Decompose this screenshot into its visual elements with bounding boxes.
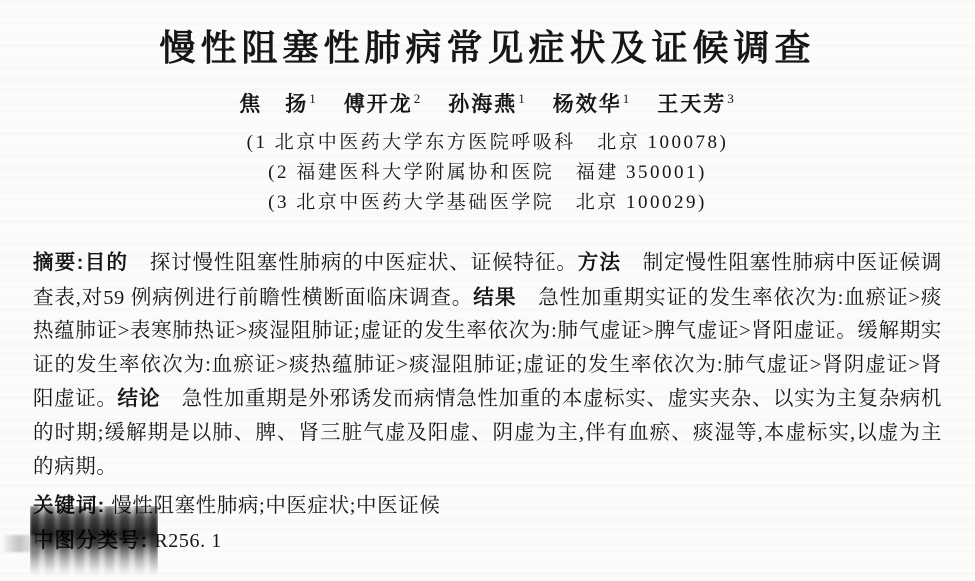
abstract-section-label: 摘要:目的 <box>33 251 128 274</box>
affiliation-line: (3 北京中医药大学基础医学院 北京 100029) <box>0 188 975 218</box>
keywords-label: 关键词: <box>33 494 105 517</box>
author-affiliation-marker: 3 <box>727 91 736 106</box>
author-name: 傅开龙2 <box>344 93 423 116</box>
abstract-section-label: 方法 <box>578 251 622 274</box>
abstract-paragraph: 摘要:目的 探讨慢性阻塞性肺病的中医症状、证候特征。方法 制定慢性阻塞性肺病中医… <box>33 246 942 484</box>
author-affiliation-marker: 1 <box>309 91 318 106</box>
abstract-section-label: 结果 <box>473 286 517 309</box>
abstract-text: 急性加重期是外邪诱发而病情急性加重的本虚标实、虚实夹杂、以实为主复杂病机的时期;… <box>33 388 942 477</box>
keywords-line: 关键词:慢性阻塞性肺病;中医症状;中医证候 <box>33 489 942 524</box>
author-name: 焦 扬1 <box>239 93 318 116</box>
author-affiliation-marker: 2 <box>414 91 423 106</box>
affiliation-line: (2 福建医科大学附属协和医院 福建 350001) <box>0 158 975 188</box>
abstract-section-label: 结论 <box>118 387 161 410</box>
clc-label: 中图分类号: <box>33 529 148 552</box>
author-name: 王天芳3 <box>657 93 736 116</box>
author-list: 焦 扬1傅开龙2孙海燕1杨效华1王天芳3 <box>0 88 975 118</box>
author-affiliation-marker: 1 <box>518 91 527 106</box>
keywords-value: 慢性阻塞性肺病;中医症状;中医证候 <box>111 495 440 517</box>
affiliation-line: (1 北京中医药大学东方医院呼吸科 北京 100078) <box>0 128 975 158</box>
clc-line: 中图分类号:R256. 1 <box>33 524 942 559</box>
paper-title: 慢性阻塞性肺病常见症状及证候调查 <box>20 26 955 70</box>
abstract-text: 探讨慢性阻塞性肺病的中医症状、证候特征。 <box>128 252 577 274</box>
author-affiliation-marker: 1 <box>623 91 632 106</box>
author-name: 杨效华1 <box>553 93 632 116</box>
affiliation-list: (1 北京中医药大学东方医院呼吸科 北京 100078)(2 福建医科大学附属协… <box>0 128 975 218</box>
author-name: 孙海燕1 <box>448 93 527 116</box>
clc-value: R256. 1 <box>154 530 222 552</box>
